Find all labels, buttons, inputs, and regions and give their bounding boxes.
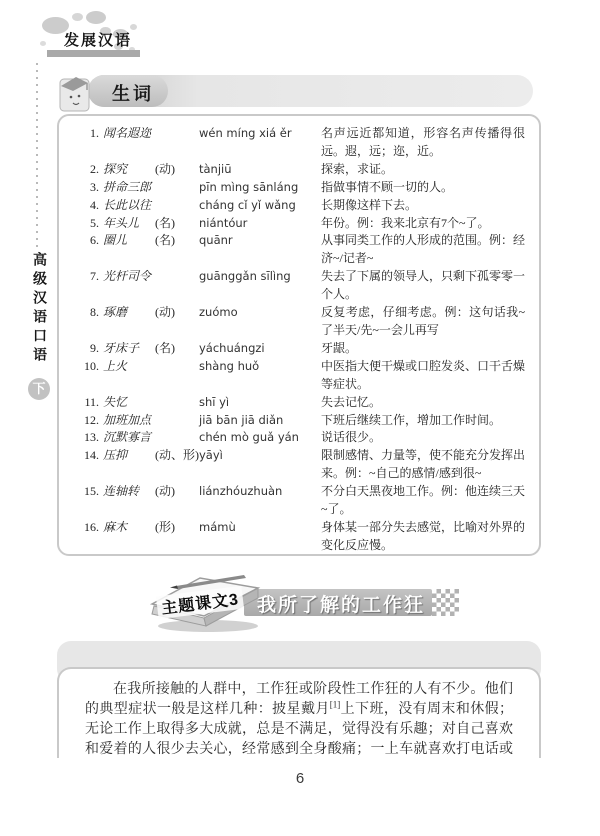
entry-definition: 名声远近都知道，形容名声传播得很远。遐，远；迩，近。 — [321, 125, 531, 161]
entry-pos — [155, 179, 199, 197]
entry-word: 光杆司令 — [103, 268, 155, 304]
entry-pinyin: shī yì — [199, 394, 321, 412]
sidebar-course-title: 高级汉语口语 — [30, 252, 50, 366]
entry-word: 牙床子 — [103, 340, 155, 358]
entry-number: 16. — [83, 519, 103, 555]
entry-definition: 中医指大便干燥或口腔发炎、口干舌燥等症状。 — [321, 358, 531, 394]
entry-pinyin: quānr — [199, 232, 321, 268]
entry-pinyin: chén mò guǎ yán — [199, 429, 321, 447]
entry-pinyin: pīn mìng sānláng — [199, 179, 321, 197]
entry-pos: (动) — [155, 161, 199, 179]
entry-pinyin: mámù — [199, 519, 321, 555]
entry-pos — [155, 429, 199, 447]
entry-definition: 指做事情不顾一切的人。 — [321, 179, 531, 197]
entry-word: 长此以往 — [103, 197, 155, 215]
entry-number: 3. — [83, 179, 103, 197]
entry-definition: 说话很少。 — [321, 429, 531, 447]
vocab-entry-row: 12. 加班加点 jiā bān jiā diǎn 下班后继续工作，增加工作时间… — [83, 412, 531, 430]
lesson-title: 我所了解的工作狂 — [250, 590, 432, 617]
entry-number: 12. — [83, 412, 103, 430]
entry-word: 上火 — [103, 358, 155, 394]
entry-word: 压抑 — [103, 447, 155, 483]
entry-pinyin: cháng cǐ yǐ wǎng — [199, 197, 321, 215]
entry-pos: (动) — [155, 304, 199, 340]
vocab-entry-row: 6. 圈儿 (名) quānr 从事同类工作的人形成的范围。例：经济~/记者~ — [83, 232, 531, 268]
vocab-box: 1. 闻名遐迩 wén míng xiá ěr 名声远近都知道，形容名声传播得很… — [57, 114, 541, 556]
vocab-entry-row: 8. 琢磨 (动) zuómo 反复考虑，仔细考虑。例：这句话我~了半天/先~一… — [83, 304, 531, 340]
entry-pinyin: wén míng xiá ěr — [199, 125, 321, 161]
entry-number: 7. — [83, 268, 103, 304]
entry-definition: 失去记忆。 — [321, 394, 531, 412]
bubble-decoration — [72, 13, 83, 21]
entry-number: 5. — [83, 215, 103, 233]
entry-number: 1. — [83, 125, 103, 161]
vocab-list: 1. 闻名遐迩 wén míng xiá ěr 名声远近都知道，形容名声传播得很… — [83, 125, 531, 555]
dotted-divider — [36, 63, 38, 248]
entry-pos — [155, 197, 199, 215]
entry-definition: 长期像这样下去。 — [321, 197, 531, 215]
entry-word: 失忆 — [103, 394, 155, 412]
entry-definition: 失去了下属的领导人，只剩下孤零零一个人。 — [321, 268, 531, 304]
entry-number: 8. — [83, 304, 103, 340]
entry-definition: 从事同类工作的人形成的范围。例：经济~/记者~ — [321, 232, 531, 268]
entry-pos: (名) — [155, 340, 199, 358]
entry-number: 2. — [83, 161, 103, 179]
vocab-header-band: 生词 — [88, 75, 533, 107]
entry-definition: 下班后继续工作，增加工作时间。 — [321, 412, 531, 430]
entry-number: 10. — [83, 358, 103, 394]
graduate-face-icon — [59, 75, 90, 112]
entry-word: 圈儿 — [103, 232, 155, 268]
entry-pinyin: liánzhóuzhuàn — [199, 483, 321, 519]
vocab-entry-row: 10. 上火 shàng huǒ 中医指大便干燥或口腔发炎、口干舌燥等症状。 — [83, 358, 531, 394]
entry-pos: (形) — [155, 519, 199, 555]
entry-pinyin: shàng huǒ — [199, 358, 321, 394]
entry-number: 6. — [83, 232, 103, 268]
vocab-entry-row: 13. 沉默寡言 chén mò guǎ yán 说话很少。 — [83, 429, 531, 447]
entry-word: 年头儿 — [103, 215, 155, 233]
entry-pos: (动、形) — [155, 447, 199, 483]
entry-pinyin: tànjiū — [199, 161, 321, 179]
vocab-entry-row: 2. 探究 (动) tànjiū 探索，求证。 — [83, 161, 531, 179]
entry-definition: 探索，求证。 — [321, 161, 531, 179]
vocab-entry-row: 7. 光杆司令 guānggǎn sīlìng 失去了下属的领导人，只剩下孤零零… — [83, 268, 531, 304]
entry-pos: (动) — [155, 483, 199, 519]
entry-pos — [155, 394, 199, 412]
entry-pos — [155, 268, 199, 304]
entry-pinyin: yāyì — [199, 447, 321, 483]
entry-number: 4. — [83, 197, 103, 215]
entry-pinyin: zuómo — [199, 304, 321, 340]
entry-number: 9. — [83, 340, 103, 358]
vocab-entry-row: 9. 牙床子 (名) yáchuángzi 牙龈。 — [83, 340, 531, 358]
entry-number: 15. — [83, 483, 103, 519]
checker-pattern-decoration — [432, 589, 459, 616]
entry-word: 闻名遐迩 — [103, 125, 155, 161]
vocab-section-title: 生词 — [112, 80, 154, 106]
entry-word: 探究 — [103, 161, 155, 179]
series-brand-title: 发展汉语 — [64, 29, 132, 50]
entry-pos: (名) — [155, 232, 199, 268]
bubble-decoration — [86, 11, 106, 24]
vocab-entry-row: 16. 麻木 (形) mámù 身体某一部分失去感觉，比喻对外界的变化反应慢。 — [83, 519, 531, 555]
vocab-entry-row: 1. 闻名遐迩 wén míng xiá ěr 名声远近都知道，形容名声传播得很… — [83, 125, 531, 161]
entry-pinyin: yáchuángzi — [199, 340, 321, 358]
entry-pinyin: guānggǎn sīlìng — [199, 268, 321, 304]
entry-pos — [155, 125, 199, 161]
vocab-entry-row: 3. 拼命三郎 pīn mìng sānláng 指做事情不顾一切的人。 — [83, 179, 531, 197]
entry-word: 琢磨 — [103, 304, 155, 340]
page-number: 6 — [0, 770, 600, 787]
entry-word: 加班加点 — [103, 412, 155, 430]
entry-definition: 不分白天黑夜地工作。例：他连续三天~了。 — [321, 483, 531, 519]
entry-pos — [155, 412, 199, 430]
passage-box: 在我所接触的人群中，工作狂或阶段性工作狂的人有不少。他们的典型症状一般是这样几种… — [57, 667, 541, 758]
entry-word: 沉默寡言 — [103, 429, 155, 447]
volume-badge: 下 — [28, 378, 50, 400]
vocab-entry-row: 5. 年头儿 (名) niántóur 年份。例：我来北京有7个~了。 — [83, 215, 531, 233]
entry-definition: 限制感情、力量等，使不能充分发挥出来。例：~自己的感情/感到很~ — [321, 447, 531, 483]
entry-pinyin: niántóur — [199, 215, 321, 233]
vocab-entry-row: 14. 压抑 (动、形) yāyì 限制感情、力量等，使不能充分发挥出来。例：~… — [83, 447, 531, 483]
passage-paragraph: 在我所接触的人群中，工作狂或阶段性工作狂的人有不少。他们的典型症状一般是这样几种… — [85, 680, 513, 758]
entry-definition: 反复考虑，仔细考虑。例：这句话我~了半天/先~一会儿再写 — [321, 304, 531, 340]
entry-word: 连轴转 — [103, 483, 155, 519]
entry-definition: 年份。例：我来北京有7个~了。 — [321, 215, 531, 233]
entry-number: 14. — [83, 447, 103, 483]
textbook-page: 发展汉语 高级汉语口语 下 生词 1. 闻名遐迩 wén míng xiá ěr… — [0, 0, 600, 836]
entry-number: 13. — [83, 429, 103, 447]
vocab-entry-row: 4. 长此以往 cháng cǐ yǐ wǎng 长期像这样下去。 — [83, 197, 531, 215]
entry-pinyin: jiā bān jiā diǎn — [199, 412, 321, 430]
bubble-decoration — [40, 41, 46, 46]
entry-word: 麻木 — [103, 519, 155, 555]
footnote-marker: [1] — [330, 699, 341, 709]
entry-word: 拼命三郎 — [103, 179, 155, 197]
entry-number: 11. — [83, 394, 103, 412]
brand-underline-bar — [47, 50, 140, 57]
vocab-entry-row: 15. 连轴转 (动) liánzhóuzhuàn 不分白天黑夜地工作。例：他连… — [83, 483, 531, 519]
entry-definition: 牙龈。 — [321, 340, 531, 358]
entry-pos: (名) — [155, 215, 199, 233]
entry-definition: 身体某一部分失去感觉，比喻对外界的变化反应慢。 — [321, 519, 531, 555]
entry-pos — [155, 358, 199, 394]
vocab-entry-row: 11. 失忆 shī yì 失去记忆。 — [83, 394, 531, 412]
